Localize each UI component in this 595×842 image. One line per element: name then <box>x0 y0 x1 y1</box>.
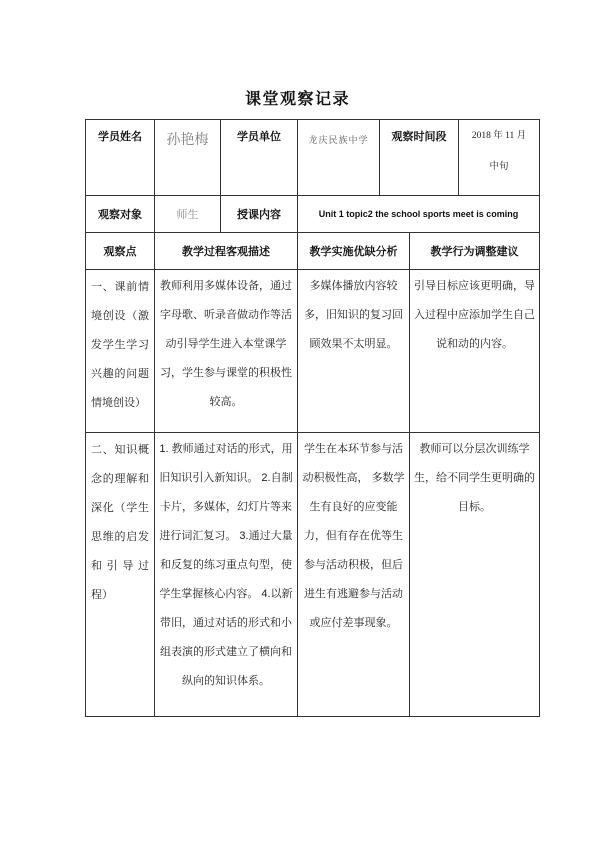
student-unit-label: 学员单位 <box>221 120 298 196</box>
observation-target-label: 观察对象 <box>86 196 155 233</box>
observation-table: 学员姓名 孙艳梅 学员单位 龙庆民族中学 观察时间段 2018 年 11 月 中… <box>85 119 540 717</box>
cell-observation-point: 二、知识概念的理解和深化（学生思维的启发和引导过程） <box>86 433 155 717</box>
student-unit-value: 龙庆民族中学 <box>298 120 380 196</box>
table-row-info-1: 学员姓名 孙艳梅 学员单位 龙庆民族中学 观察时间段 2018 年 11 月 中… <box>86 120 540 196</box>
cell-adjustment-suggestions: 教师可以分层次训练学生，给不同学生更明确的目标。 <box>410 433 540 717</box>
column-implementation-analysis: 教学实施优缺分析 <box>298 233 410 270</box>
observation-period-line1: 2018 年 11 月 <box>463 121 535 152</box>
table-header-row: 观察点 教学过程客观描述 教学实施优缺分析 教学行为调整建议 <box>86 233 540 270</box>
student-name-label: 学员姓名 <box>86 120 155 196</box>
observation-period-value: 2018 年 11 月 中旬 <box>459 120 540 196</box>
cell-implementation-analysis: 学生在本环节参与活动积极性高， 多数学生有良好的应变能力，但有存在优等生参与活动… <box>298 433 410 717</box>
document-page: 课堂观察记录 学员姓名 孙艳梅 学员单位 龙庆民族中学 观察时间段 2018 年… <box>0 0 595 842</box>
lesson-content-value: Unit 1 topic2 the school sports meet is … <box>298 196 540 233</box>
cell-process-description: 教师利用多媒体设备，通过字母歌、听录音做动作等活动引导学生进入本堂课学习，学生参… <box>155 270 298 433</box>
observation-target-value: 师生 <box>155 196 221 233</box>
column-process-description: 教学过程客观描述 <box>155 233 298 270</box>
cell-implementation-analysis: 多媒体播放内容较多，旧知识的复习回顾效果不太明显。 <box>298 270 410 433</box>
column-adjustment-suggestions: 教学行为调整建议 <box>410 233 540 270</box>
table-row: 一、课前情境创设（激发学生学习兴趣的问题情境创设） 教师利用多媒体设备，通过字母… <box>86 270 540 433</box>
table-row-info-2: 观察对象 师生 授课内容 Unit 1 topic2 the school sp… <box>86 196 540 233</box>
cell-process-description: 1. 教师通过对话的形式，用旧知识引入新知识。 2.自制卡片，多媒体，幻灯片等来… <box>155 433 298 717</box>
cell-adjustment-suggestions: 引导目标应该更明确，导入过程中应添加学生自己说和动的内容。 <box>410 270 540 433</box>
observation-period-label: 观察时间段 <box>380 120 459 196</box>
observation-period-line2: 中旬 <box>463 152 535 183</box>
student-name-value: 孙艳梅 <box>155 120 221 196</box>
lesson-content-label: 授课内容 <box>221 196 298 233</box>
page-title: 课堂观察记录 <box>0 86 595 109</box>
cell-observation-point: 一、课前情境创设（激发学生学习兴趣的问题情境创设） <box>86 270 155 433</box>
column-observation-point: 观察点 <box>86 233 155 270</box>
table-row: 二、知识概念的理解和深化（学生思维的启发和引导过程） 1. 教师通过对话的形式，… <box>86 433 540 717</box>
